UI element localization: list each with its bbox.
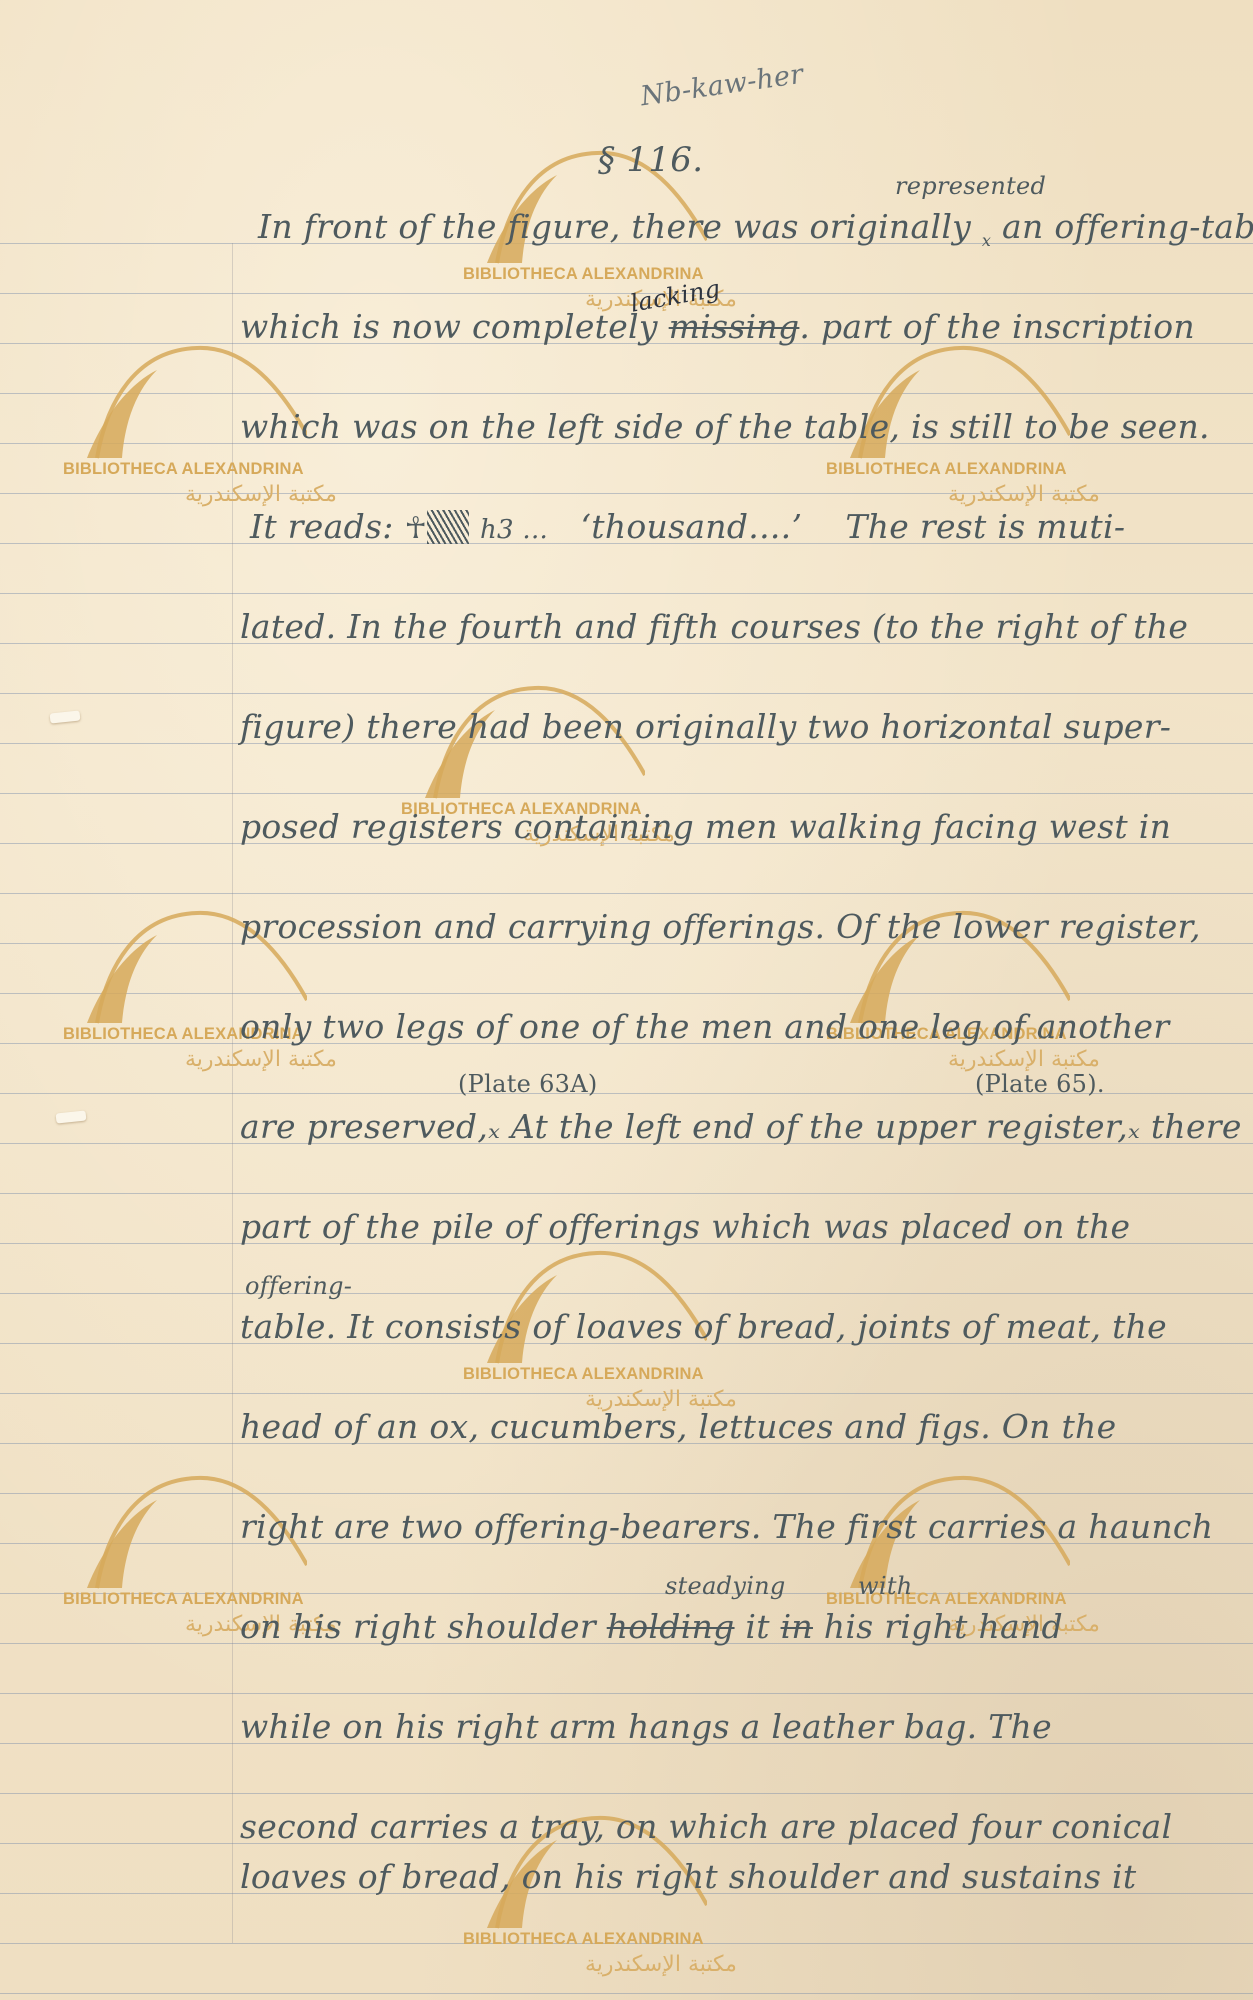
text-line-15: on his right shoulder holding it in his …	[240, 1607, 1063, 1646]
struck-word: missing	[669, 307, 800, 346]
correction-steadying: steadying	[665, 1572, 786, 1600]
quoted-translation: ‘thousand....’	[580, 507, 802, 546]
line-fragment: an offering-table	[1002, 207, 1253, 246]
text-line-6: figure) there had been originally two ho…	[240, 707, 1171, 746]
text-line-17: second carries a tray, on which are plac…	[240, 1807, 1172, 1846]
binding-hole	[56, 1110, 87, 1123]
watermark-text-ar: مكتبة الإسكندرية	[948, 482, 1100, 507]
watermark-text-en: BIBLIOTHECA ALEXANDRINA	[63, 460, 304, 479]
text-line-9: only two legs of one of the men and one …	[240, 1007, 1169, 1046]
watermark-text-ar: مكتبة الإسكندرية	[185, 1047, 337, 1072]
text-line-1: In front of the figure, there was origin…	[258, 207, 1253, 250]
ruled-line	[0, 1193, 1253, 1194]
text-line-4: It reads: ☥ h3 ... ‘thousand....’ The re…	[250, 507, 1125, 546]
transliteration: h3 ...	[480, 515, 548, 545]
ruled-line	[0, 1993, 1253, 1994]
watermark-text-ar: مكتبة الإسكندرية	[585, 1952, 737, 1977]
ruled-line	[0, 593, 1253, 594]
insertion-mark: x	[982, 231, 991, 250]
struck-word: holding	[607, 1607, 735, 1646]
plate-ref-63a: (Plate 63A)	[458, 1070, 598, 1098]
watermark-arch-icon	[467, 1245, 707, 1365]
line-fragment: on his right shoulder	[240, 1607, 596, 1646]
text-line-16: while on his right arm hangs a leather b…	[240, 1707, 1052, 1746]
ruled-line	[0, 1793, 1253, 1794]
text-line-10: are preserved,ₓ At the left end of the u…	[240, 1107, 1253, 1146]
manuscript-page: BIBLIOTHECA ALEXANDRINAمكتبة الإسكندريةB…	[0, 0, 1253, 2000]
text-line-14: right are two offering-bearers. The firs…	[240, 1507, 1213, 1546]
binding-hole	[50, 710, 81, 723]
correction-offering: offering-	[245, 1272, 352, 1300]
watermark-text-en: BIBLIOTHECA ALEXANDRINA	[826, 460, 1067, 479]
text-line-2: which is now completely missing. part of…	[240, 307, 1195, 346]
text-line-8: procession and carrying offerings. Of th…	[240, 907, 1201, 946]
hatched-lacuna-icon	[427, 510, 469, 544]
watermark-text-ar: مكتبة الإسكندرية	[948, 1047, 1100, 1072]
folio-number: § 116.	[598, 140, 703, 180]
ruled-line	[0, 893, 1253, 894]
watermark-text-en: BIBLIOTHECA ALEXANDRINA	[463, 1930, 704, 1949]
line-fragment: It reads:	[250, 507, 394, 546]
text-line-5: lated. In the fourth and fifth courses (…	[240, 607, 1188, 646]
text-line-3: which was on the left side of the table,…	[240, 407, 1210, 446]
ankh-icon: ☥	[404, 511, 427, 546]
line-fragment: . part of the inscription	[799, 307, 1195, 346]
ruled-line	[0, 1693, 1253, 1694]
text-line-18: loaves of bread, on his right shoulder a…	[240, 1857, 1136, 1896]
text-line-11: part of the pile of offerings which was …	[240, 1207, 1130, 1246]
line-fragment: it	[745, 1607, 769, 1646]
line-fragment: In front of the figure, there was origin…	[258, 207, 971, 246]
watermark-text-ar: مكتبة الإسكندرية	[185, 482, 337, 507]
watermark-text-en: BIBLIOTHECA ALEXANDRINA	[463, 265, 704, 284]
title-note: Nb-kaw-her	[639, 59, 806, 113]
correction-with: with	[858, 1572, 913, 1600]
line-fragment: which is now completely	[240, 307, 658, 346]
struck-word: in	[781, 1607, 813, 1646]
correction-represented: represented	[895, 172, 1046, 200]
watermark-text-en: BIBLIOTHECA ALEXANDRINA	[463, 1365, 704, 1384]
text-line-12: table. It consists of loaves of bread, j…	[240, 1307, 1167, 1346]
line-fragment: his right hand	[824, 1607, 1063, 1646]
text-line-13: head of an ox, cucumbers, lettuces and f…	[240, 1407, 1116, 1446]
text-line-7: posed registers containing men walking f…	[240, 807, 1171, 846]
line-fragment: The rest is muti-	[845, 507, 1125, 546]
plate-ref-65: (Plate 65).	[975, 1070, 1105, 1098]
